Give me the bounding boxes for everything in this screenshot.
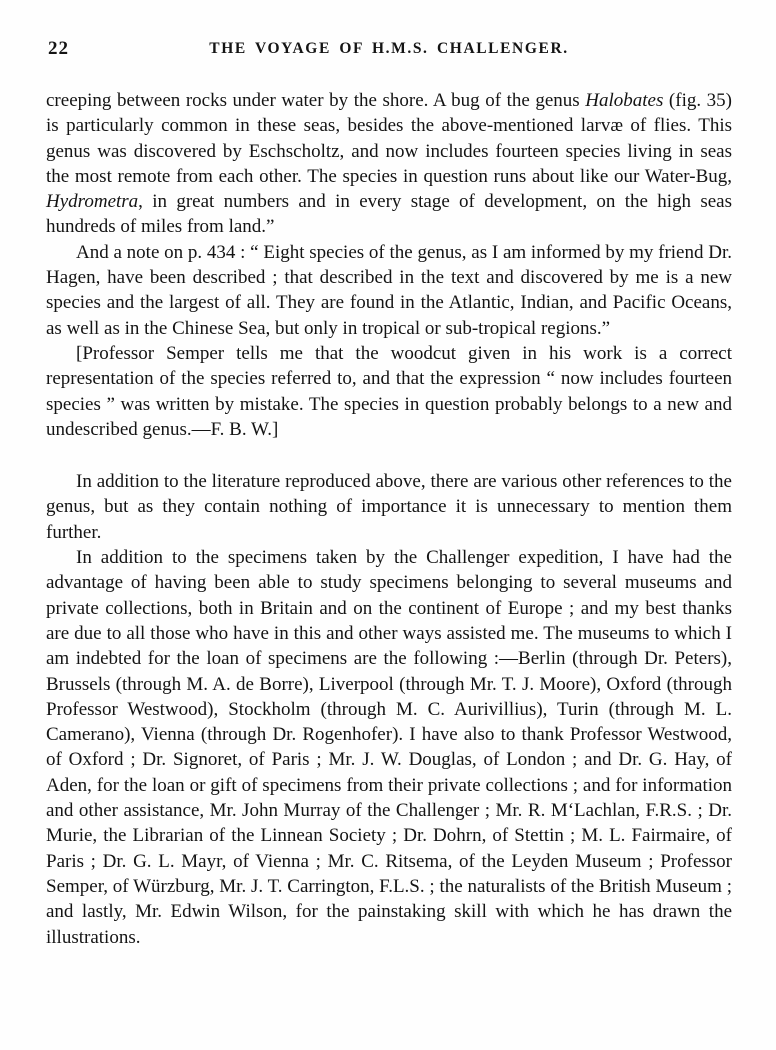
paragraph-1: creeping between rocks under water by th… <box>46 88 732 240</box>
running-title: THE VOYAGE OF H.M.S. CHALLENGER. <box>46 40 732 58</box>
paragraph-1-text: , in great numbers and in every stage of… <box>46 191 732 237</box>
page-header: 22 THE VOYAGE OF H.M.S. CHALLENGER. <box>46 38 732 62</box>
book-page: 22 THE VOYAGE OF H.M.S. CHALLENGER. cree… <box>0 0 776 1050</box>
species-name-halobates: Halobates <box>585 90 663 111</box>
paragraph-4: In addition to the literature reproduced… <box>46 469 732 545</box>
paragraph-1-text: creeping between rocks under water by th… <box>46 90 585 111</box>
paragraph-2: And a note on p. 434 : “ Eight species o… <box>46 240 732 341</box>
paragraph-5: In addition to the specimens taken by th… <box>46 545 732 950</box>
paragraph-3: [Professor Semper tells me that the wood… <box>46 341 732 442</box>
species-name-hydrometra: Hydrometra <box>46 191 138 212</box>
page-body: creeping between rocks under water by th… <box>46 88 732 950</box>
